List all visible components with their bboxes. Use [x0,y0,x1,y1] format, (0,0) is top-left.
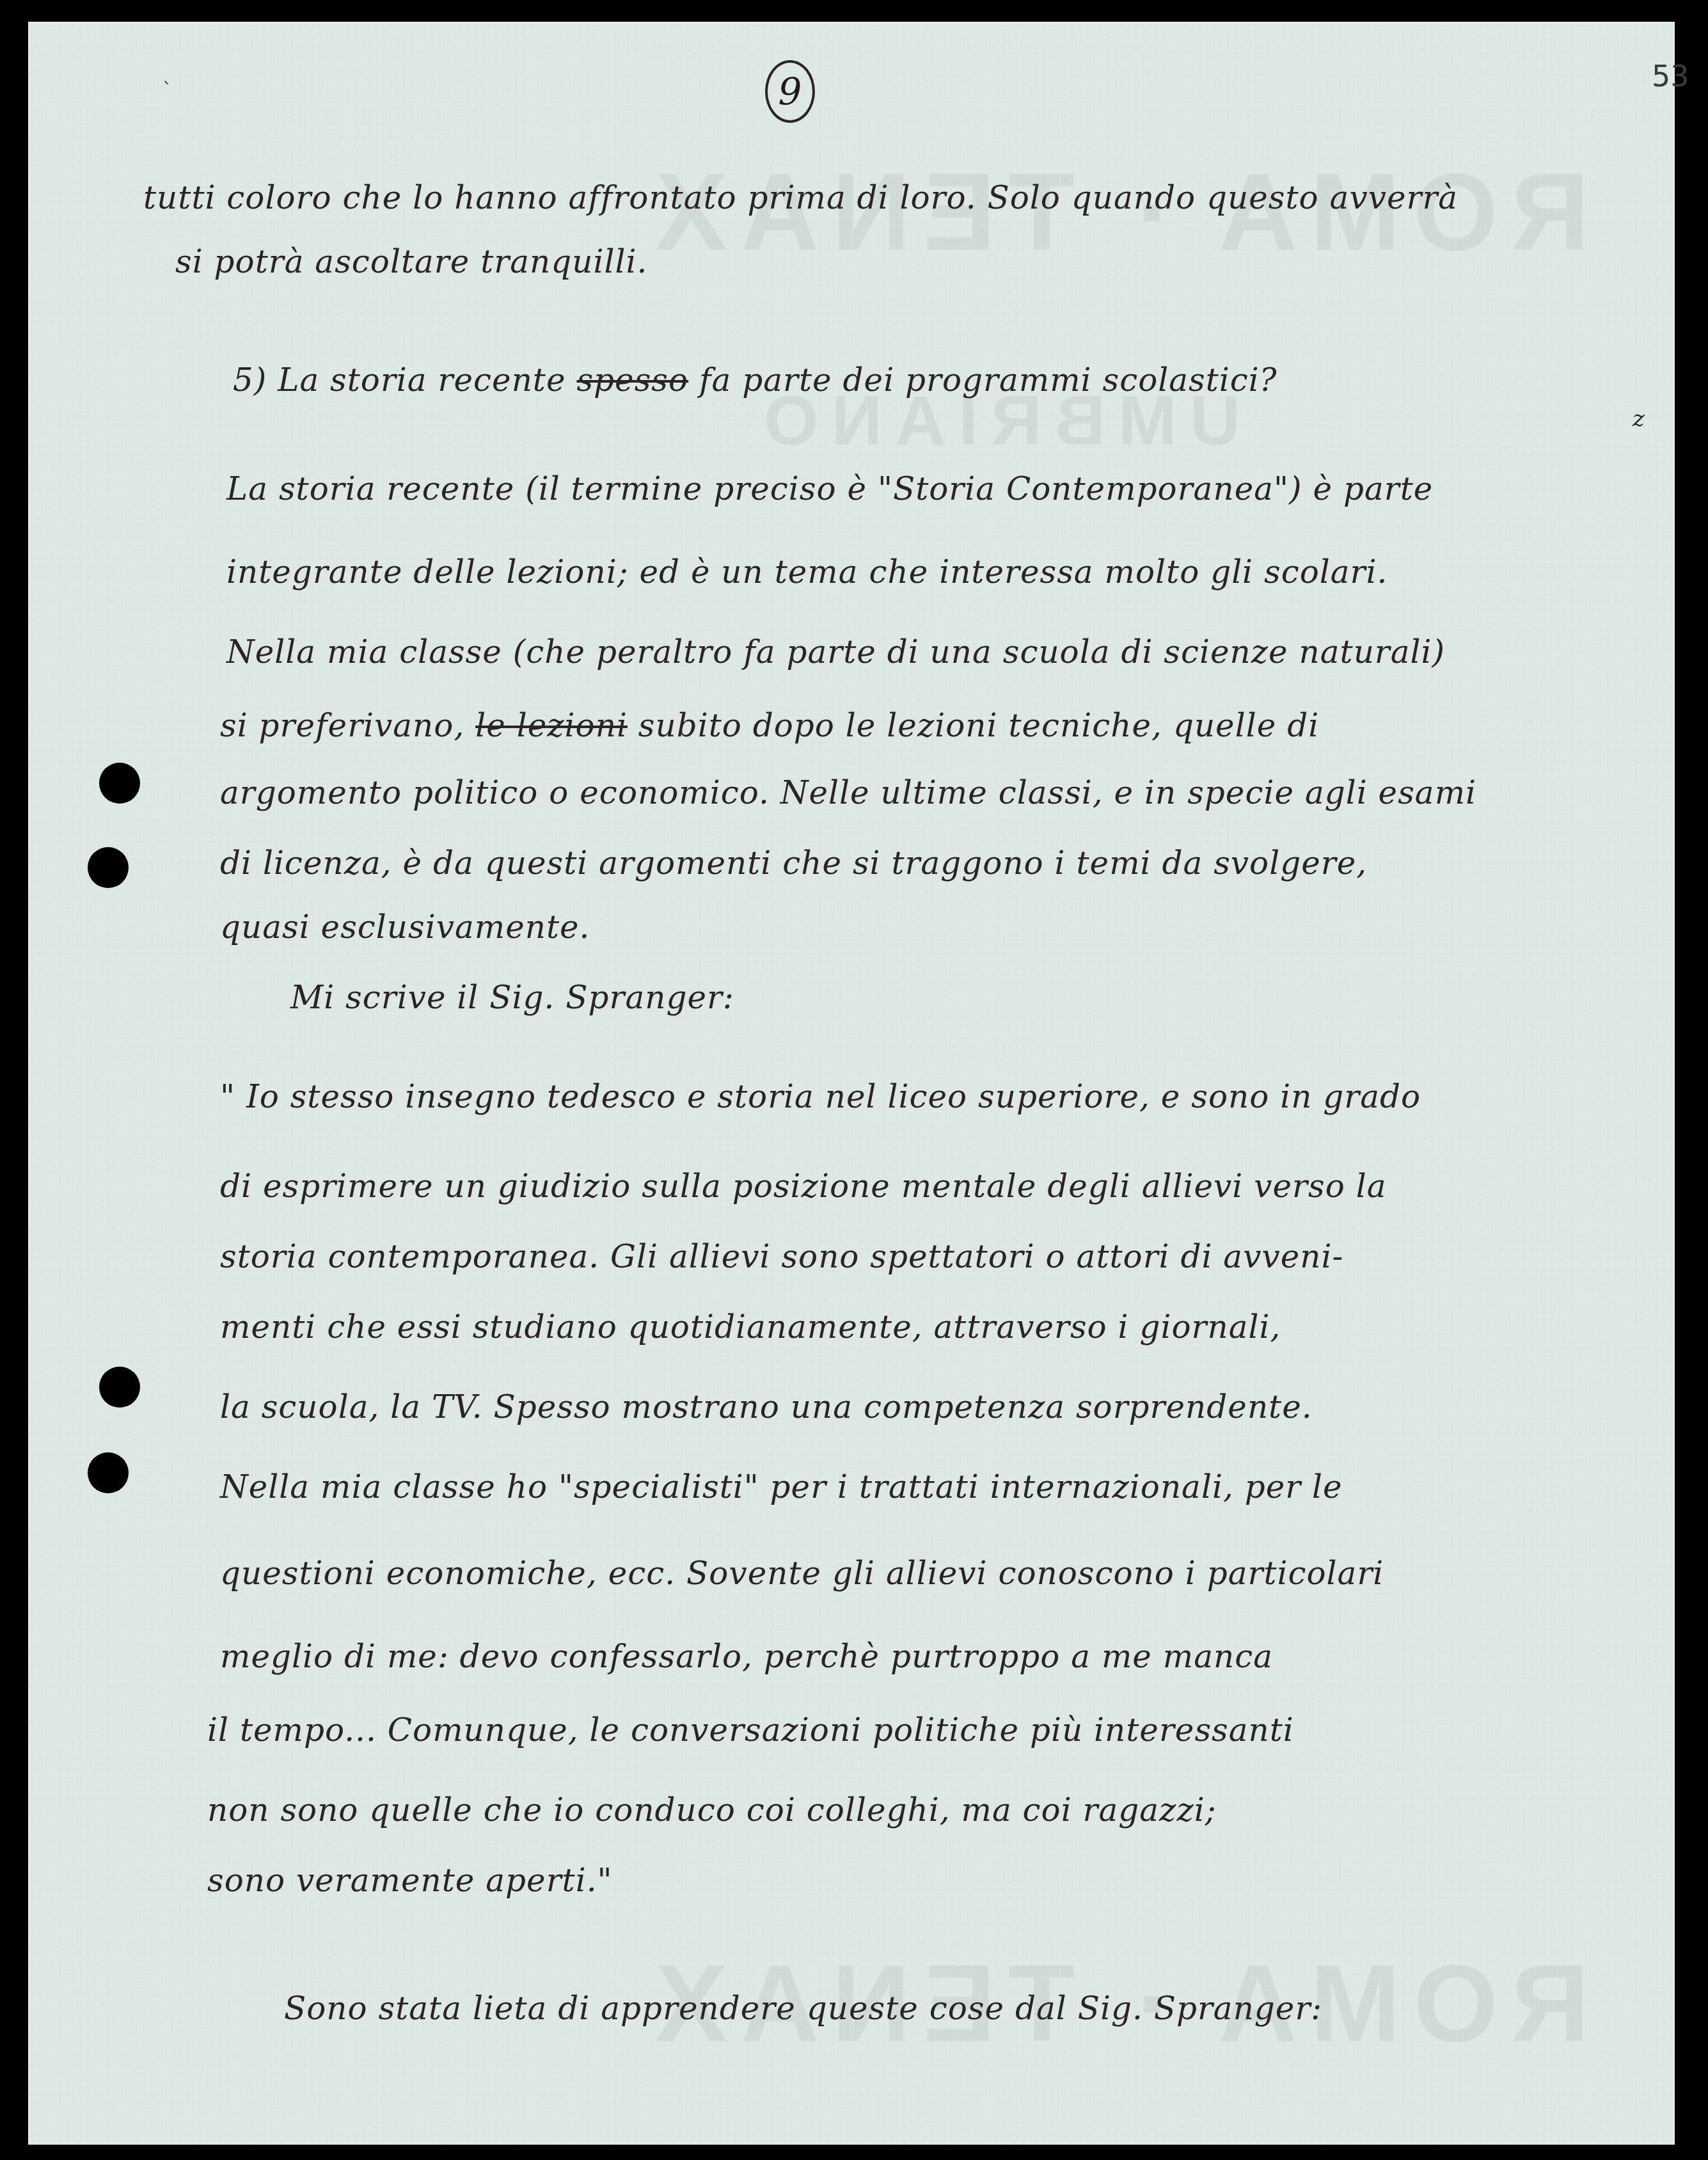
quote-line-8: meglio di me: devo confessarlo, perchè p… [220,1640,1273,1672]
struck-phrase: le lezioni [475,707,628,744]
punch-hole-3 [99,1367,140,1408]
text-line-9: di licenza, è da questi argomenti che si… [220,847,1367,879]
text-line-7-tail: subito dopo le lezioni tecniche, quelle … [638,707,1319,744]
quote-line-9: il tempo... Comunque, le conversazioni p… [207,1714,1294,1746]
text-line-5: integrante delle lezioni; ed è un tema c… [226,556,1388,588]
page-marker-text: 9 [779,70,802,113]
folio-number: 53 [1652,59,1689,93]
quote-line-10: non sono quelle che io conduco coi colle… [207,1794,1217,1826]
text-line-4: La storia recente (il termine preciso è … [226,473,1433,505]
text-line-7-lead: si preferivano, [220,707,464,744]
text-line-final: Sono stata lieta di apprendere queste co… [284,1992,1322,2024]
question-5-lead: 5) La storia recente [233,361,566,399]
text-line-8: argomento politico o economico. Nelle ul… [220,777,1476,809]
circled-page-marker: 9 [765,60,815,123]
quote-line-4: menti che essi studiano quotidianamente,… [220,1311,1281,1343]
quote-line-7: questioni economiche, ecc. Sovente gli a… [220,1557,1384,1589]
text-line-7: si preferivano, le lezioni subito dopo l… [220,710,1319,742]
punch-hole-2 [88,847,129,888]
question-5: 5) La storia recente spesso fa parte dei… [233,364,1277,396]
margin-annotation: z [1633,406,1645,432]
quote-line-1: " Io stesso insegno tedesco e storia nel… [220,1081,1421,1113]
quote-line-3: storia contemporanea. Gli allievi sono s… [220,1241,1343,1273]
quote-line-2: di esprimere un giudizio sulla posizione… [220,1170,1386,1202]
text-line-10: quasi esclusivamente. [220,911,590,943]
margin-tick: ˋ [162,79,172,102]
quote-line-6: Nella mia classe ho "specialisti" per i … [220,1471,1343,1503]
quote-line-5: la scuola, la TV. Spesso mostrano una co… [220,1391,1313,1423]
struck-word: spesso [576,361,688,399]
question-5-tail: fa parte dei programmi scolastici? [699,361,1277,399]
text-line-1: tutti coloro che lo hanno affrontato pri… [143,182,1458,214]
punch-hole-4 [88,1452,129,1493]
text-line-6: Nella mia classe (che peraltro fa parte … [226,636,1445,668]
text-line-2: si potrà ascoltare tranquilli. [175,246,647,278]
quote-line-11: sono veramente aperti." [207,1864,613,1896]
punch-hole-1 [99,763,140,804]
manuscript-page: ROMA · TENAX UMBRIANO ROMA · TENAX ˋ 9 5… [28,22,1675,2145]
text-line-11: Mi scrive il Sig. Spranger: [290,981,734,1013]
